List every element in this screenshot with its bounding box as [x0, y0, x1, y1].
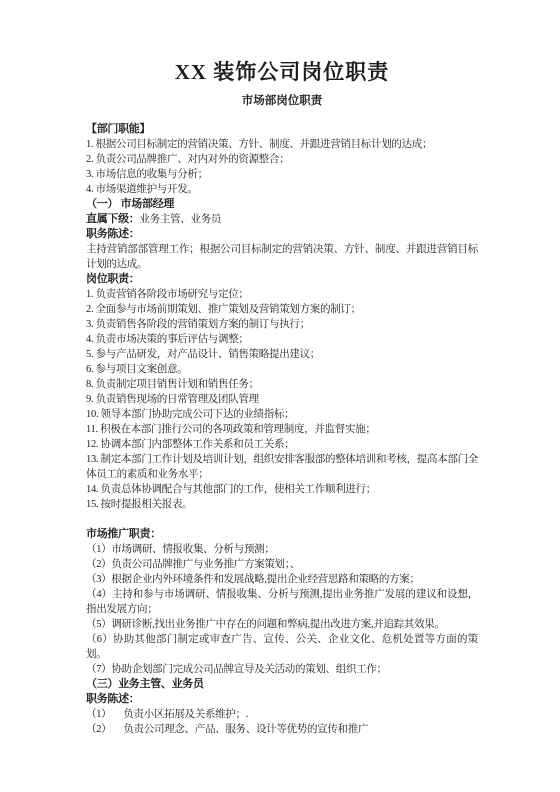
- doc-line-body: 1. 根据公司目标制定的营销决策、方针、制度、并跟进营销目标计划的达成；: [86, 137, 478, 152]
- doc-line-body: 10. 领导本部门协助完成公司下达的业绩指标；: [86, 407, 478, 422]
- doc-line-body: （6）协助其他部门制定或审查广告、宣传、公关、企业文化、危机处置等方面的策划。: [86, 632, 478, 662]
- doc-line-body: 3. 负责销售各阶段的营销策划方案的制订与执行；: [86, 317, 478, 332]
- doc-line-body: 4. 市场渠道维护与开发。: [86, 182, 478, 197]
- doc-line-body: 6. 参与项目文案创意。: [86, 362, 478, 377]
- doc-line-body: 5. 参与产品研发，对产品设计、销售策略提出建议；: [86, 347, 478, 362]
- doc-line-text: 负责小区拓展及关系维护；.: [123, 709, 248, 720]
- doc-line-tabbed: （2）负责公司理念、产品、服务、设计等优势的宣传和推广: [86, 722, 478, 737]
- doc-line-body: 4. 负责市场决策的事后评估与调整；: [86, 332, 478, 347]
- doc-line-body: 11. 积极在本部门推行公司的各项政策和管理制度，并监督实施；: [86, 422, 478, 437]
- doc-line-label: 市场推广职责：: [86, 527, 478, 542]
- doc-line-text: 负责公司理念、产品、服务、设计等优势的宣传和推广: [123, 724, 368, 735]
- doc-line-body: 13. 制定本部门工作计划及培训计划，组织安排客服部的整体培训和考核，提高本部门…: [86, 452, 478, 482]
- doc-line-label: （2）: [86, 724, 111, 735]
- doc-line-body: 2. 全面参与市场前期策划、推广策划及营销策划方案的制订；: [86, 302, 478, 317]
- doc-line-labelrun: 直属下级：业务主管、业务员: [86, 212, 478, 227]
- document-page: XX 装饰公司岗位职责 市场部岗位职责 【部门职能】1. 根据公司目标制定的营销…: [0, 0, 560, 792]
- doc-line-body: （1）市场调研、情报收集、分析与预测；: [86, 542, 478, 557]
- doc-line-label: （1）: [86, 709, 111, 720]
- doc-line-body: （4）主持和参与市场调研、情报收集、分析与预测,提出业务推广发展的建议和设想，指…: [86, 587, 478, 617]
- document-subtitle: 市场部岗位职责: [86, 94, 478, 109]
- doc-line-body: 14. 负责总体协调配合与其他部门的工作，使相关工作顺利进行；: [86, 482, 478, 497]
- doc-line-label: 岗位职责：: [86, 272, 478, 287]
- doc-line-body: 8. 负责制定项目销售计划和销售任务；: [86, 377, 478, 392]
- doc-line-body: 主持营销部部管理工作；根据公司目标制定的营销决策、方针、制度、并跟进营销目标计划…: [86, 242, 478, 272]
- doc-line-body: 12. 协调本部门内部整体工作关系和员工关系；: [86, 437, 478, 452]
- doc-line-body: （3）根据企业内外环境条件和发展战略,提出企业经营思路和策略的方案；: [86, 572, 478, 587]
- doc-line-body: （2）负责公司品牌推广与业务推广方案策划；、: [86, 557, 478, 572]
- doc-line-body: 1. 负责营销各阶段市场研究与定位；: [86, 287, 478, 302]
- document-body: 【部门职能】1. 根据公司目标制定的营销决策、方针、制度、并跟进营销目标计划的达…: [86, 122, 478, 737]
- doc-line-text: 业务主管、业务员: [140, 214, 222, 225]
- doc-line-body: 3. 市场信息的收集与分析；: [86, 167, 478, 182]
- doc-line-body: 2. 负责公司品牌推广、对内对外的资源整合；: [86, 152, 478, 167]
- doc-line-section: （一） 市场部经理: [86, 197, 478, 212]
- document-title: XX 装饰公司岗位职责: [86, 58, 478, 86]
- doc-line-section: （三）业务主管、业务员: [86, 677, 478, 692]
- doc-line-section: 【部门职能】: [86, 122, 478, 137]
- doc-line-label: 职务陈述：: [86, 692, 478, 707]
- doc-line-body: （7）协助企划部门完成公司品牌宣导及关活动的策划、组织工作；: [86, 662, 478, 677]
- doc-line-body: 9. 负责销售现场的日常管理及团队管理: [86, 392, 478, 407]
- doc-line-body: （5）调研诊断,找出业务推广中存在的问题和弊病,提出改进方案,并追踪其效果。: [86, 617, 478, 632]
- doc-line-blank: [86, 512, 478, 527]
- doc-line-body: 15. 按时提报相关报表。: [86, 497, 478, 512]
- doc-line-label: 直属下级：: [86, 213, 140, 225]
- doc-line-label: 职务陈述：: [86, 227, 478, 242]
- doc-line-tabbed: （1）负责小区拓展及关系维护；.: [86, 707, 478, 722]
